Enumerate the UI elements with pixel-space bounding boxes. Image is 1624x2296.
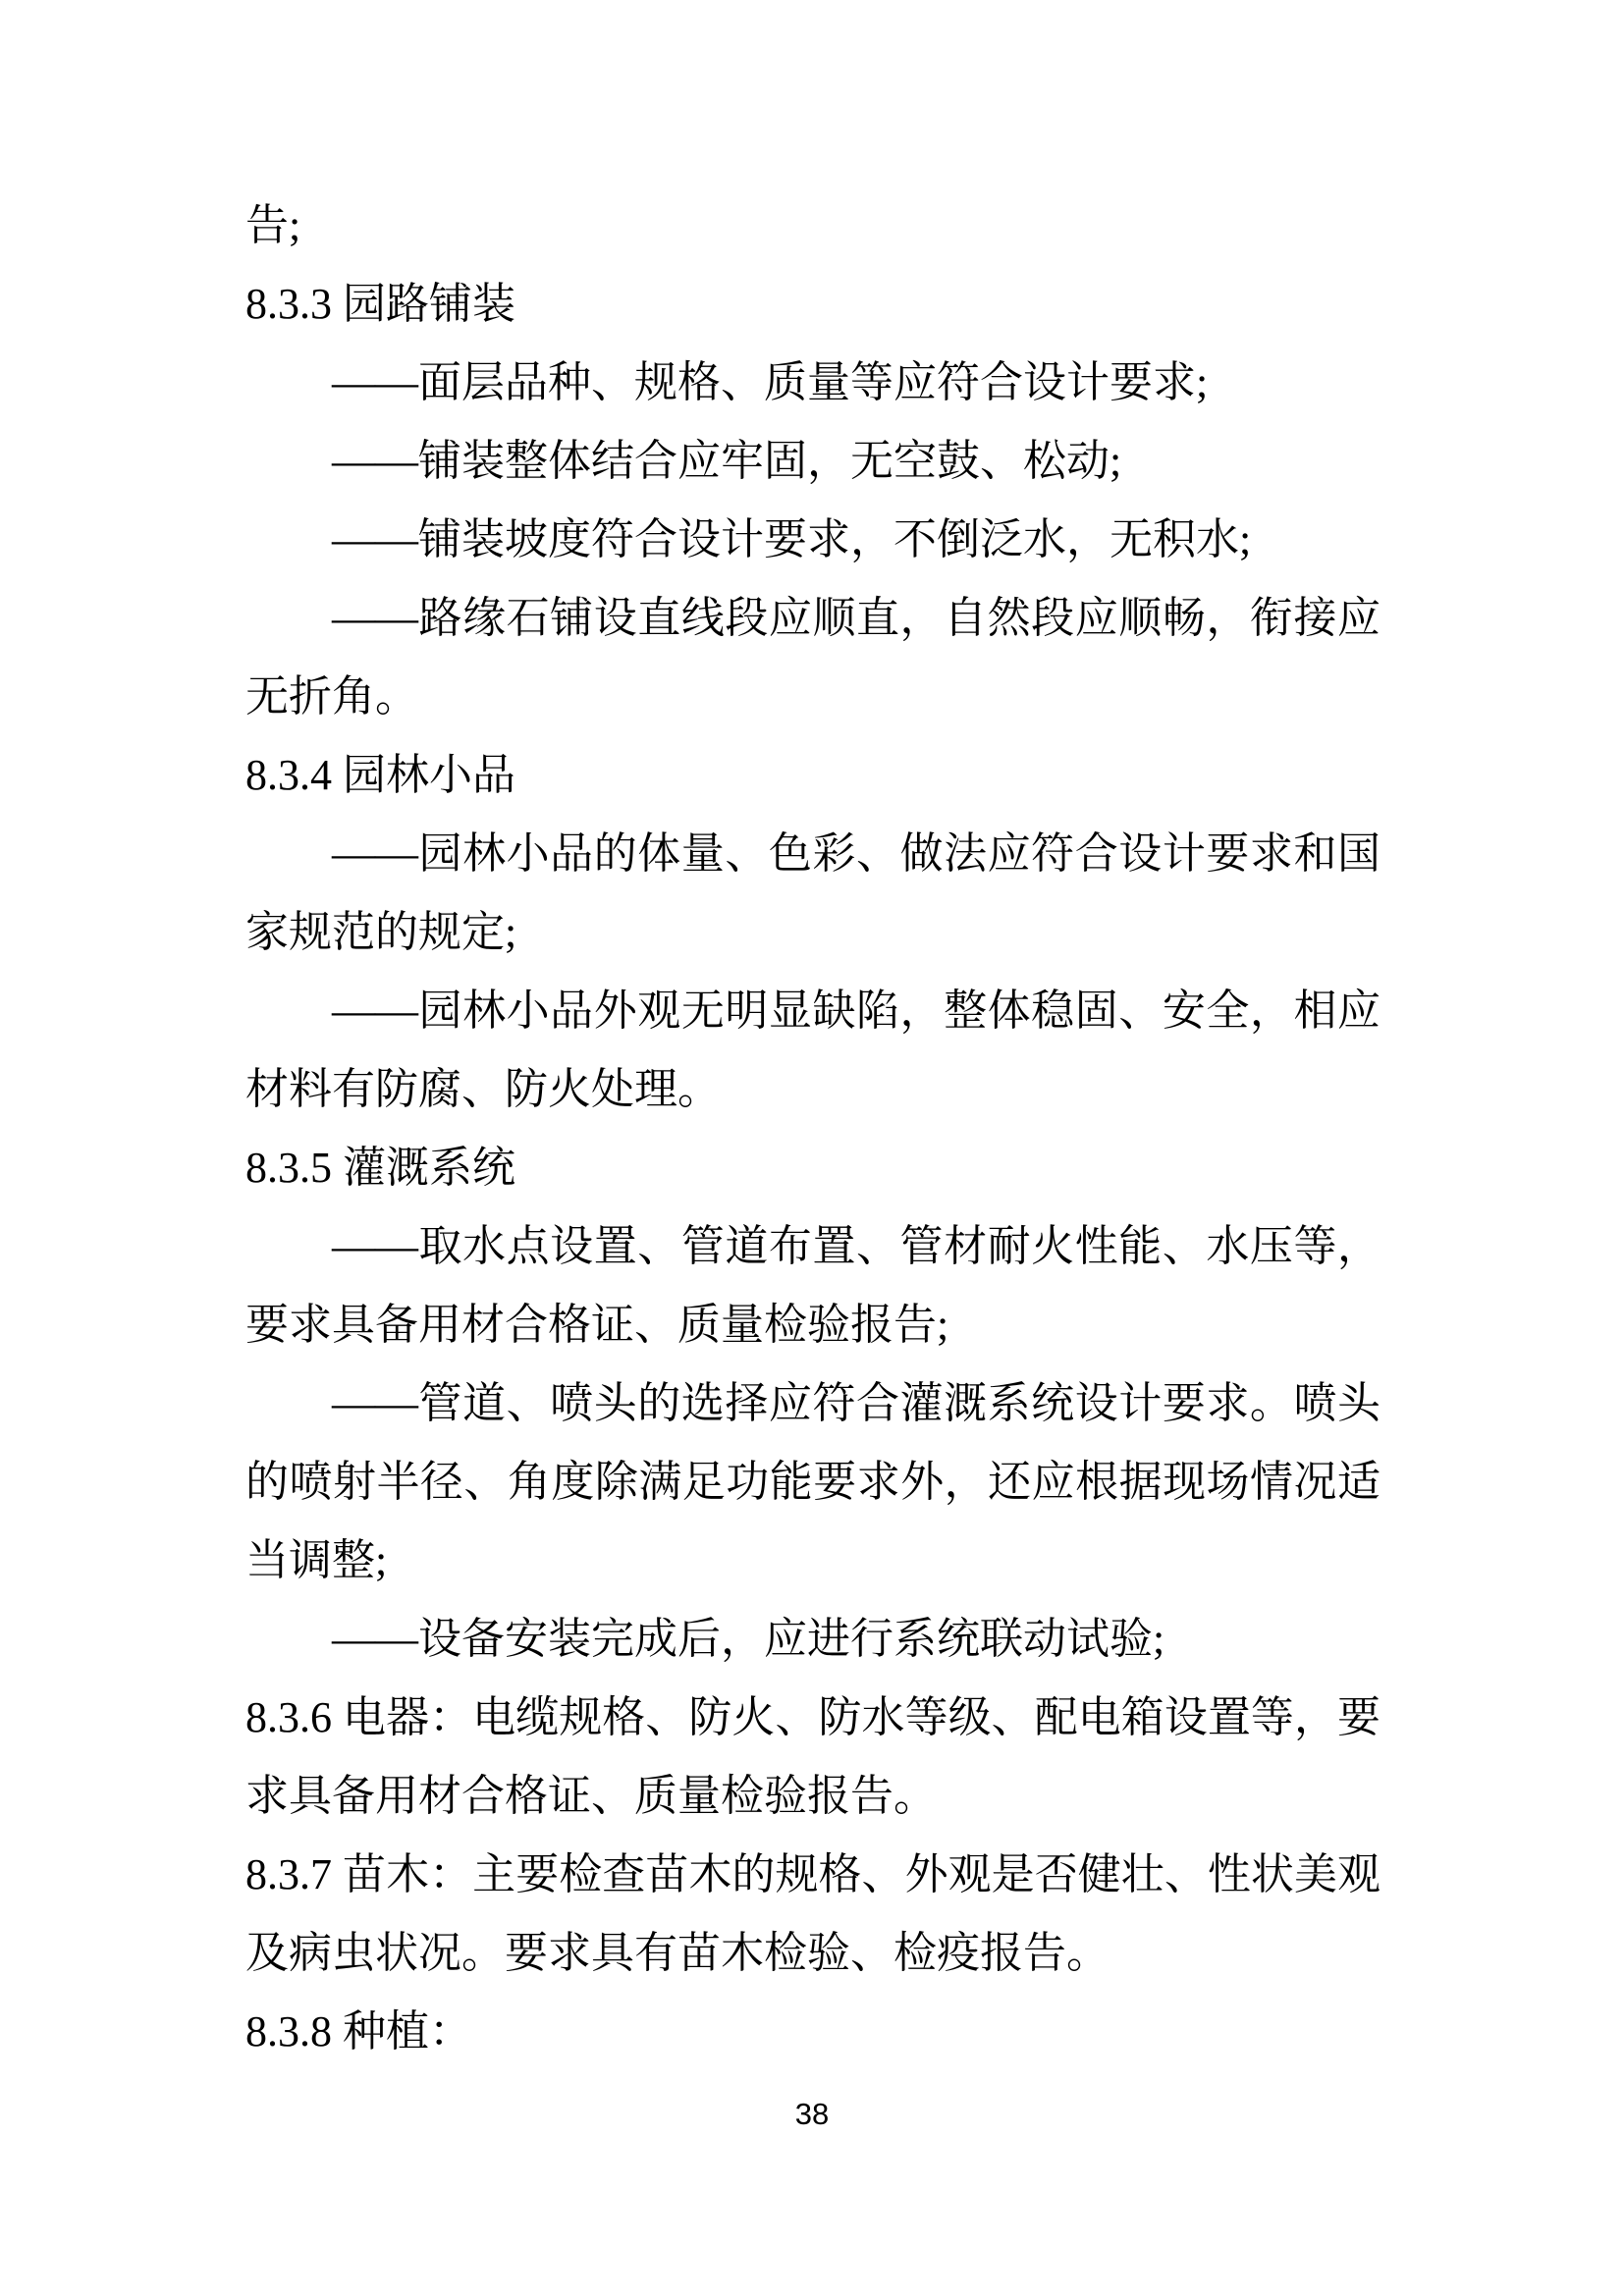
bullet-line: ——设备安装完成后，应进行系统联动试验; [245,1600,1380,1679]
document-body: 告; 8.3.3 园路铺装 ——面层品种、规格、质量等应符合设计要求; ——铺装… [245,187,1380,2071]
bullet-line: ——取水点设置、管道布置、管材耐火性能、水压等， [245,1207,1380,1286]
text-line: 求具备用材合格证、质量检验报告。 [245,1757,1380,1836]
section-heading-833: 8.3.3 园路铺装 [245,265,1380,344]
bullet-line: ——铺装整体结合应牢固，无空鼓、松动; [245,422,1380,501]
text-line: 及病虫状况。要求具有苗木检验、检疫报告。 [245,1914,1380,1993]
text-line: 材料有防腐、防火处理。 [245,1050,1380,1129]
section-heading-838: 8.3.8 种植： [245,1993,1380,2071]
bullet-line: ——园林小品的体量、色彩、做法应符合设计要求和国 [245,815,1380,893]
text-line: 要求具备用材合格证、质量检验报告; [245,1286,1380,1364]
bullet-line: ——管道、喷头的选择应符合灌溉系统设计要求。喷头 [245,1364,1380,1443]
text-line: 的喷射半径、角度除满足功能要求外，还应根据现场情况适 [245,1443,1380,1522]
bullet-line: ——路缘石铺设直线段应顺直，自然段应顺畅，衔接应 [245,579,1380,658]
section-heading-836: 8.3.6 电器：电缆规格、防火、防水等级、配电箱设置等，要 [245,1679,1380,1757]
section-heading-834: 8.3.4 园林小品 [245,736,1380,815]
text-line: 家规范的规定; [245,893,1380,972]
text-line: 告; [245,187,1380,265]
text-line: 无折角。 [245,658,1380,736]
section-heading-837: 8.3.7 苗木：主要检查苗木的规格、外观是否健壮、性状美观 [245,1836,1380,1914]
text-line: 当调整; [245,1522,1380,1600]
page-number: 38 [0,2093,1624,2136]
bullet-line: ——面层品种、规格、质量等应符合设计要求; [245,344,1380,422]
document-page: 告; 8.3.3 园路铺装 ——面层品种、规格、质量等应符合设计要求; ——铺装… [0,0,1624,2296]
section-heading-835: 8.3.5 灌溉系统 [245,1129,1380,1207]
bullet-line: ——铺装坡度符合设计要求，不倒泛水，无积水; [245,501,1380,579]
bullet-line: ——园林小品外观无明显缺陷，整体稳固、安全，相应 [245,972,1380,1050]
